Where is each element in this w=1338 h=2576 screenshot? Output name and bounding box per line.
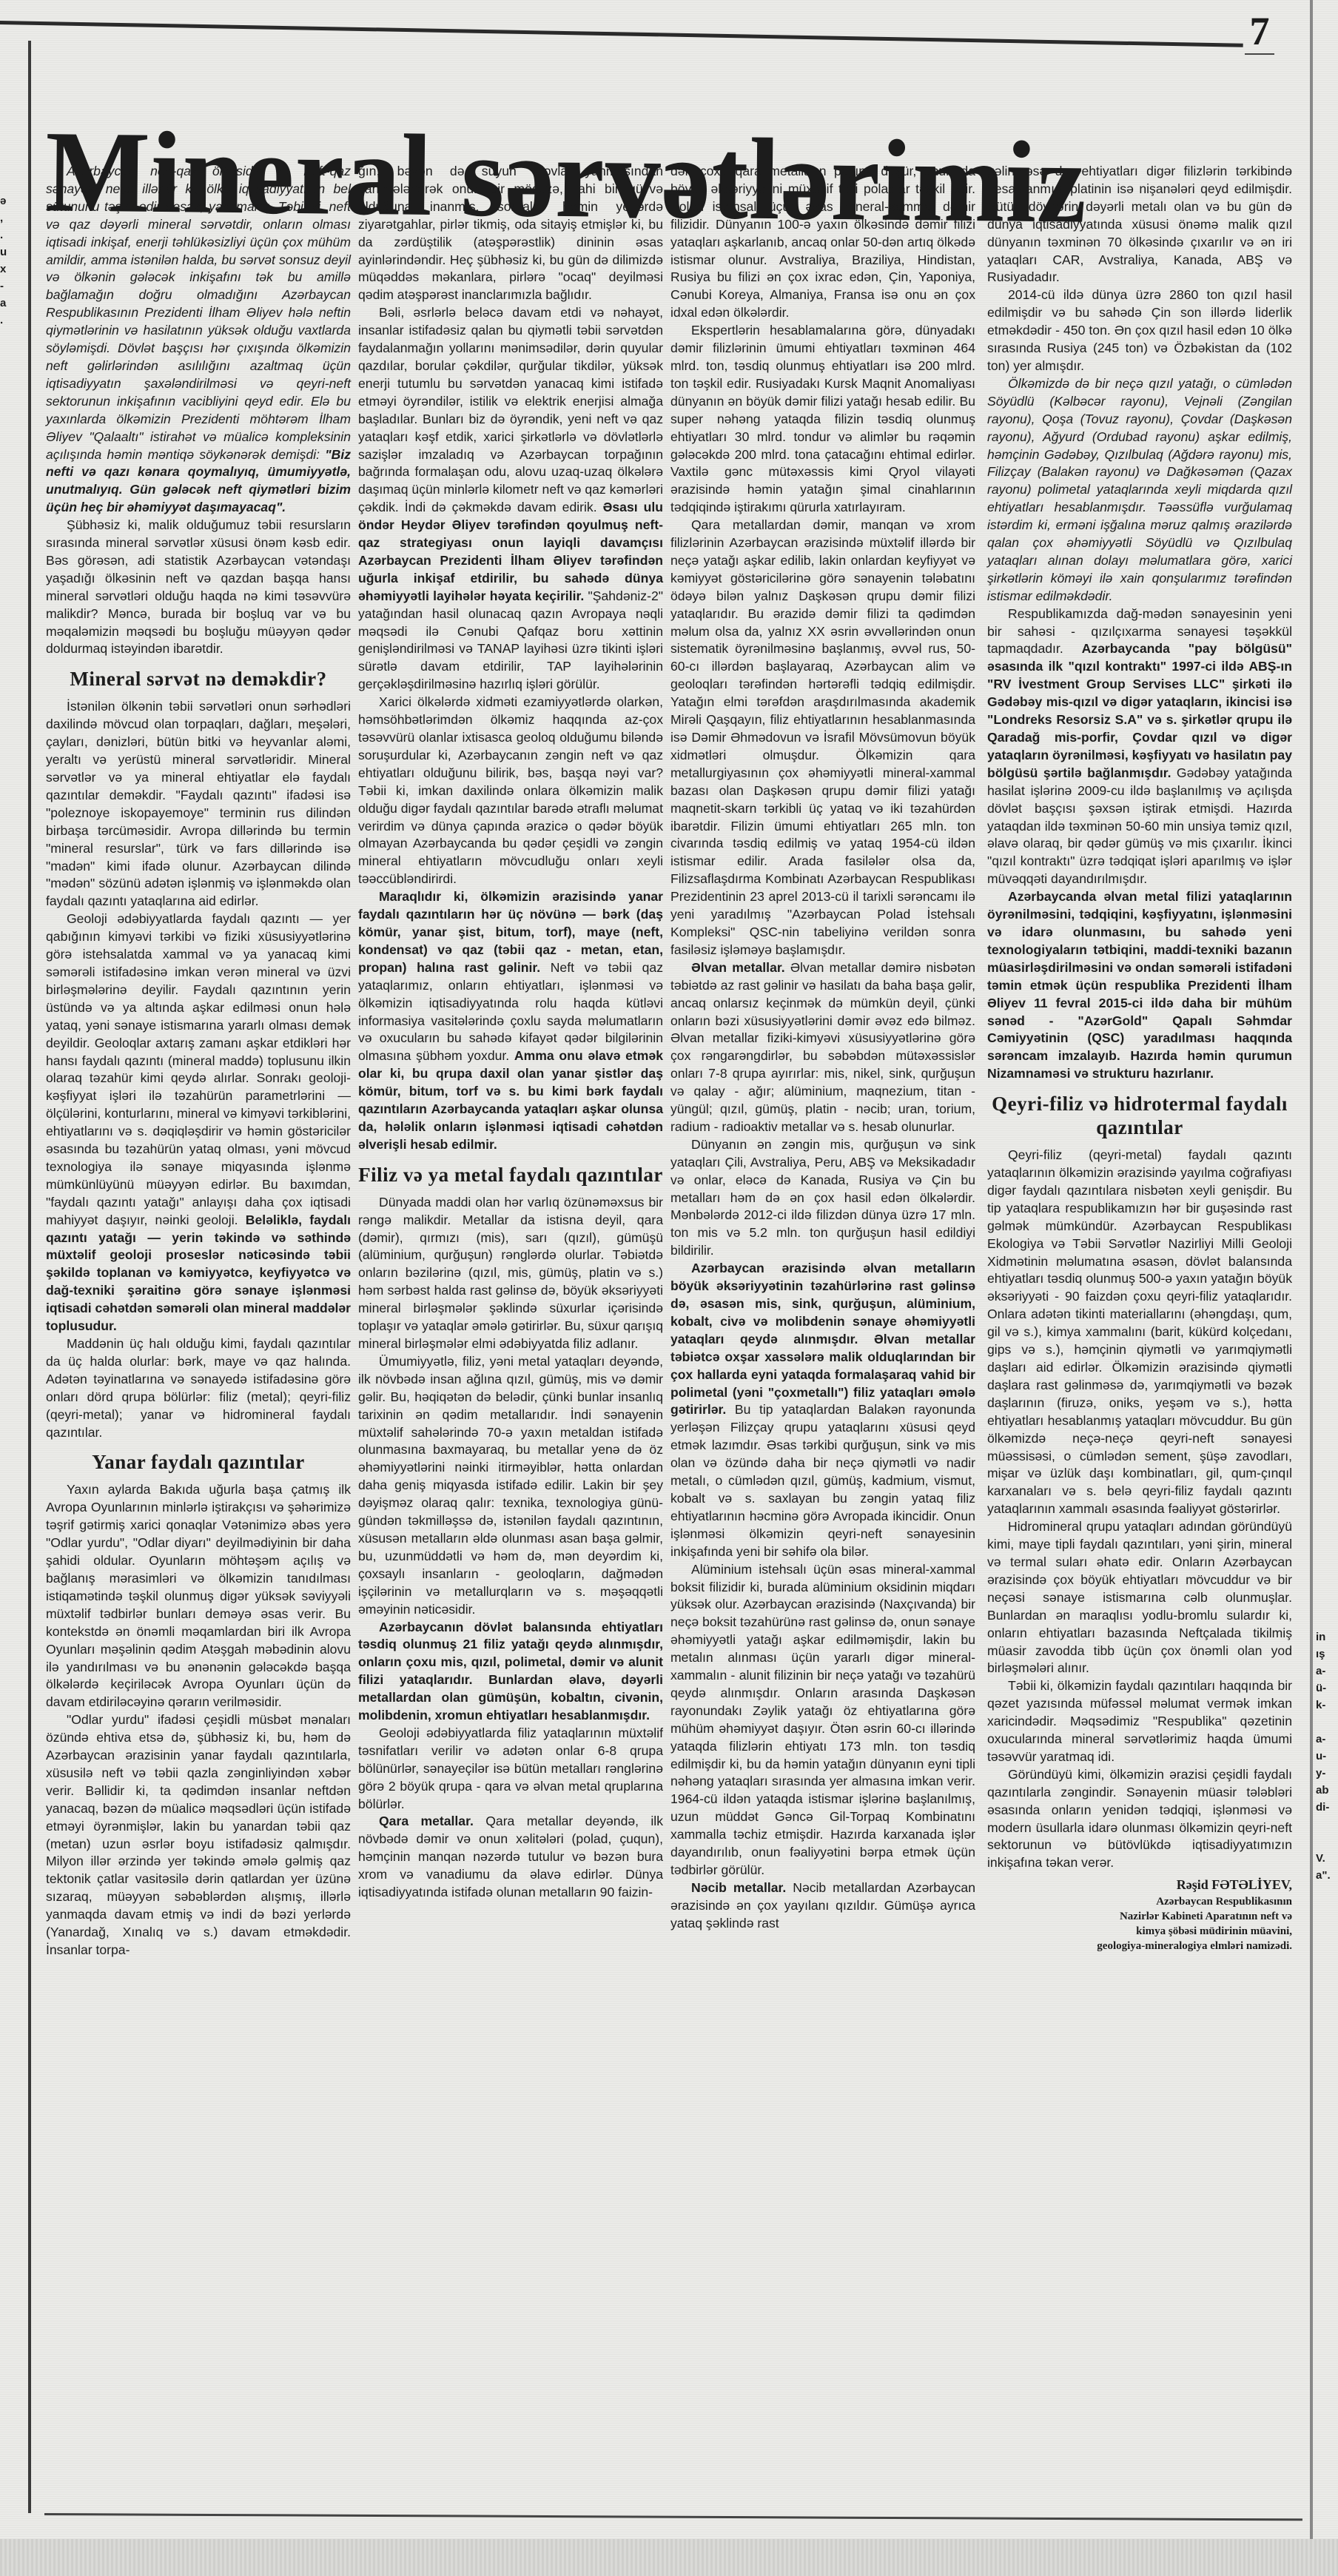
- bottom-rule-divider: [44, 2513, 1302, 2520]
- definition-bold: Beləliklə, faydalı qazıntı yatağı — yeri…: [46, 1212, 351, 1333]
- paragraph: Dünyanın ən zəngin mis, qurğuşun və sink…: [670, 1136, 975, 1260]
- gold-contract-bold: Azərbaycanda "pay bölgüsü" əsasında ilk …: [987, 641, 1292, 779]
- polymetal-bold: Azərbaycan ərazisində əlvan metalların b…: [670, 1261, 975, 1417]
- page-number: 7: [1245, 9, 1274, 55]
- scan-bottom-edge: [0, 2539, 1338, 2576]
- fragment-line: ,: [0, 209, 25, 227]
- fragment-line: u: [0, 244, 25, 261]
- paragraph: Alüminium istehsalı üçün əsas mineral-xa…: [670, 1561, 975, 1879]
- author-role-line: kimya şöbəsi müdirinin müavini,: [987, 1924, 1292, 1939]
- newspaper-page: 7 ə , . u x - a . in ış a- ü- k- a- u- y…: [0, 0, 1338, 2576]
- paragraph: Geoloji ədəbiyyatlarda faydalı qazıntı —…: [46, 910, 351, 1335]
- azergold-bold: Azərbaycanda əlvan metal filizi yataqlar…: [987, 889, 1292, 1081]
- paragraph: Azərbaycanda əlvan metal filizi yataqlar…: [987, 888, 1292, 1083]
- paragraph-text: Geoloji ədəbiyyatlarda faydalı qazıntı —…: [46, 911, 351, 1227]
- paragraph-italic: Ölkəmizdə də bir neçə qızıl yatağı, o cü…: [987, 375, 1292, 606]
- paragraph: Əlvan metallar. Əlvan metallar dəmirə ni…: [670, 959, 975, 1136]
- fragment-line: in: [1316, 1629, 1338, 1646]
- ore-deposits-bold: Azərbaycanın dövlət balansında ehtiyatla…: [358, 1620, 663, 1723]
- intro-paragraph: Azərbaycan neft-qaz ölkəsidir və neft-qa…: [46, 163, 351, 517]
- fragment-line: a-: [1316, 1663, 1338, 1680]
- paragraph: Xarici ölkələrdə xidməti ezamiyyətlərdə …: [358, 694, 663, 888]
- fragment-line: di-: [1316, 1799, 1338, 1816]
- article-column-3: dən çoxu qara metalların payına düşür, o…: [670, 163, 975, 1933]
- author-role-line: geologiya-mineralogiya elmləri namizədi.: [987, 1939, 1292, 1953]
- fragment-line: .: [0, 227, 25, 244]
- paragraph-text: Bu tip yataqlardan Balakən rayonunda yer…: [670, 1402, 975, 1558]
- paragraph: Bəli, əsrlərlə beləcə davam etdi və nəha…: [358, 304, 663, 694]
- paragraph-text: Gədəbəy yatağında hasilat işlərinə 2009-…: [987, 765, 1292, 886]
- paragraph: Maraqlıdır ki, ölkəmizin ərazisində yana…: [358, 888, 663, 1154]
- article-column-4: gəlinməsə də, ehtiyatları digər filizlər…: [987, 163, 1292, 1953]
- paragraph: İstənilən ölkənin təbii sərvətləri onun …: [46, 698, 351, 910]
- fragment-line: ış: [1316, 1646, 1338, 1663]
- paragraph: Qeyri-filiz (qeyri-metal) faydalı qazınt…: [987, 1147, 1292, 1518]
- paragraph-text: Əlvan metallar dəmirə nisbətən təbiətdə …: [670, 960, 975, 1134]
- fragment-line: ə: [0, 192, 25, 209]
- column-divider-left: [28, 41, 31, 2513]
- paragraph: Yaxın aylarda Bakıda uğurla başa çatmış …: [46, 1481, 351, 1711]
- top-rule-divider: [0, 21, 1243, 47]
- paragraph: dən çoxu qara metalların payına düşür, o…: [670, 163, 975, 322]
- article-column-1: Azərbaycan neft-qaz ölkəsidir və neft-qa…: [46, 163, 351, 1959]
- author-name: Rəşid FƏTƏLİYEV,: [987, 1876, 1292, 1894]
- noble-metals-lead: Nəcib metallar.: [691, 1880, 786, 1895]
- fragment-line: a".: [1316, 1867, 1338, 1884]
- paragraph: Hidromineral qrupu yataqları adından gör…: [987, 1518, 1292, 1677]
- nonferrous-metals-lead: Əlvan metallar.: [691, 960, 785, 975]
- author-signature: Rəşid FƏTƏLİYEV, Azərbaycan Respublikası…: [987, 1876, 1292, 1953]
- fragment-line: ü-: [1316, 1680, 1338, 1697]
- paragraph: Təbii ki, ölkəmizin faydalı qazıntıları …: [987, 1677, 1292, 1766]
- paragraph: Geoloji ədəbiyyatlarda filiz yataqlarını…: [358, 1725, 663, 1814]
- solid-fuels-bold: Amma onu əlavə etmək olar ki, bu qrupa d…: [358, 1048, 663, 1152]
- paragraph: Ümumiyyətlə, filiz, yəni metal yataqları…: [358, 1353, 663, 1619]
- author-role-line: Nazirlər Kabineti Aparatının neft və: [987, 1909, 1292, 1924]
- section-heading-mineral: Mineral sərvət nə deməkdir?: [46, 667, 351, 691]
- paragraph: Respublikamızda dağ-mədən sənayesinin ye…: [987, 606, 1292, 889]
- fragment-line: a: [0, 295, 25, 312]
- paragraph: Azərbaycan ərazisində əlvan metalların b…: [670, 1260, 975, 1560]
- paragraph-text: Bəli, əsrlərlə beləcə davam etdi və nəha…: [358, 305, 663, 514]
- paragraph: ğın, bəzən də suyun alovla yanmasından v…: [358, 163, 663, 304]
- paragraph: Azərbaycanın dövlət balansında ehtiyatla…: [358, 1619, 663, 1725]
- fragment-line: -: [0, 278, 25, 295]
- paragraph: 2014-cü ildə dünya üzrə 2860 ton qızıl h…: [987, 286, 1292, 375]
- fragment-line: V.: [1316, 1850, 1338, 1867]
- intro-text: Azərbaycan neft-qaz ölkəsidir və neft-qa…: [46, 164, 351, 462]
- section-heading-qeyri-filiz: Qeyri-filiz və hidrotermal faydalı qazın…: [987, 1092, 1292, 1139]
- fragment-line: y-: [1316, 1765, 1338, 1782]
- fragment-line: a-: [1316, 1731, 1338, 1748]
- paragraph: gəlinməsə də, ehtiyatları digər filizlər…: [987, 163, 1292, 286]
- fragment-line: u-: [1316, 1748, 1338, 1765]
- paragraph: Nəcib metallar. Nəcib metallardan Azərba…: [670, 1879, 975, 1933]
- paragraph-text: "Şahdəniz-2" yatağından hasil olunacaq q…: [358, 588, 663, 692]
- paragraph: Qara metallardan dəmir, manqan və xrom f…: [670, 517, 975, 959]
- paragraph: Qara metallar. Qara metallar deyəndə, il…: [358, 1813, 663, 1902]
- paragraph: Dünyada maddi olan hər varlıq özünəməxsu…: [358, 1194, 663, 1353]
- paragraph: "Odlar yurdu" ifadəsi çeşidli müsbət mən…: [46, 1711, 351, 1959]
- page-edge-fold: [1310, 0, 1313, 2576]
- paragraph: Maddənin üç halı olduğu kimi, faydalı qa…: [46, 1335, 351, 1441]
- previous-article-fragment: ə , . u x - a .: [0, 192, 25, 329]
- article-column-2: ğın, bəzən də suyun alovla yanmasından v…: [358, 163, 663, 1902]
- paragraph: Ekspertlərin hesablamalarına görə, dünya…: [670, 322, 975, 517]
- paragraph: Göründüyü kimi, ölkəmizin ərazisi çeşidl…: [987, 1766, 1292, 1872]
- next-article-fragment: in ış a- ü- k- a- u- y- ab di- V. a".: [1316, 1629, 1338, 1884]
- paragraph: Şübhəsiz ki, malik olduğumuz təbii resur…: [46, 517, 351, 658]
- ferrous-metals-lead: Qara metallar.: [379, 1814, 474, 1828]
- fragment-line: x: [0, 261, 25, 278]
- section-heading-filiz: Filiz və ya metal faydalı qazıntılar: [358, 1163, 663, 1187]
- fragment-line: .: [0, 312, 25, 329]
- author-role-line: Azərbaycan Respublikasının: [987, 1894, 1292, 1909]
- fragment-line: ab: [1316, 1782, 1338, 1799]
- fragment-line: k-: [1316, 1697, 1338, 1714]
- section-heading-yanar: Yanar faydalı qazıntılar: [46, 1450, 351, 1474]
